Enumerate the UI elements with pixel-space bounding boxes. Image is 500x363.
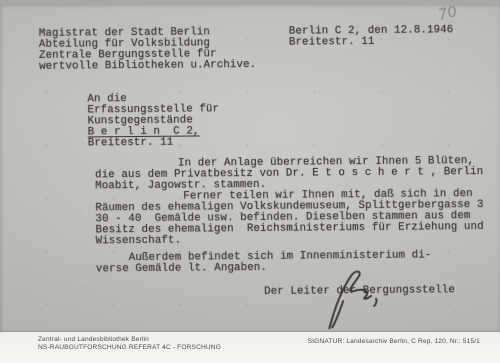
recipient-street-line: Breitestr. 11: [88, 138, 174, 150]
body-paragraph-1: In der Anlage überreichen wir Ihnen 5 Bl…: [0, 0, 499, 2]
date-block: Berlin C 2, den 12.8.1946 Breitestr. 11: [0, 0, 499, 2]
sender-line: wertvolle Bibliotheken u.Archive.: [39, 60, 256, 73]
archive-signatur-label: SIGNATUR: Landesarchiv Berlin, C Rep. 12…: [308, 338, 480, 346]
body-line: Wissenschaft.: [96, 236, 182, 248]
sender-street-line: Breitestr. 11: [289, 37, 375, 49]
archive-department-label: NS-RAUBGUTFORSCHUNG REFERAT 4C - FORSCHU…: [38, 344, 221, 352]
body-paragraph-3: Außerdem befindet sich im Innenministeri…: [0, 0, 499, 2]
archive-institution-label: Zentral- und Landesbibliothek Berlin: [38, 336, 149, 344]
body-paragraph-2: Ferner teilen wir Ihnen mit, daß sich in…: [0, 0, 499, 2]
typed-letter-content: Magistrat der Stadt Berlin Abteilung für…: [0, 0, 500, 342]
archive-footer-band: Zentral- und Landesbibliothek Berlin NS-…: [0, 332, 500, 363]
recipient-block: An die Erfassungsstelle für Kunstgegenst…: [0, 0, 499, 2]
handwritten-signature: [299, 267, 405, 332]
sender-block: Magistrat der Stadt Berlin Abteilung für…: [0, 0, 499, 2]
body-line: verse Gemälde lt. Angaben.: [96, 263, 267, 275]
